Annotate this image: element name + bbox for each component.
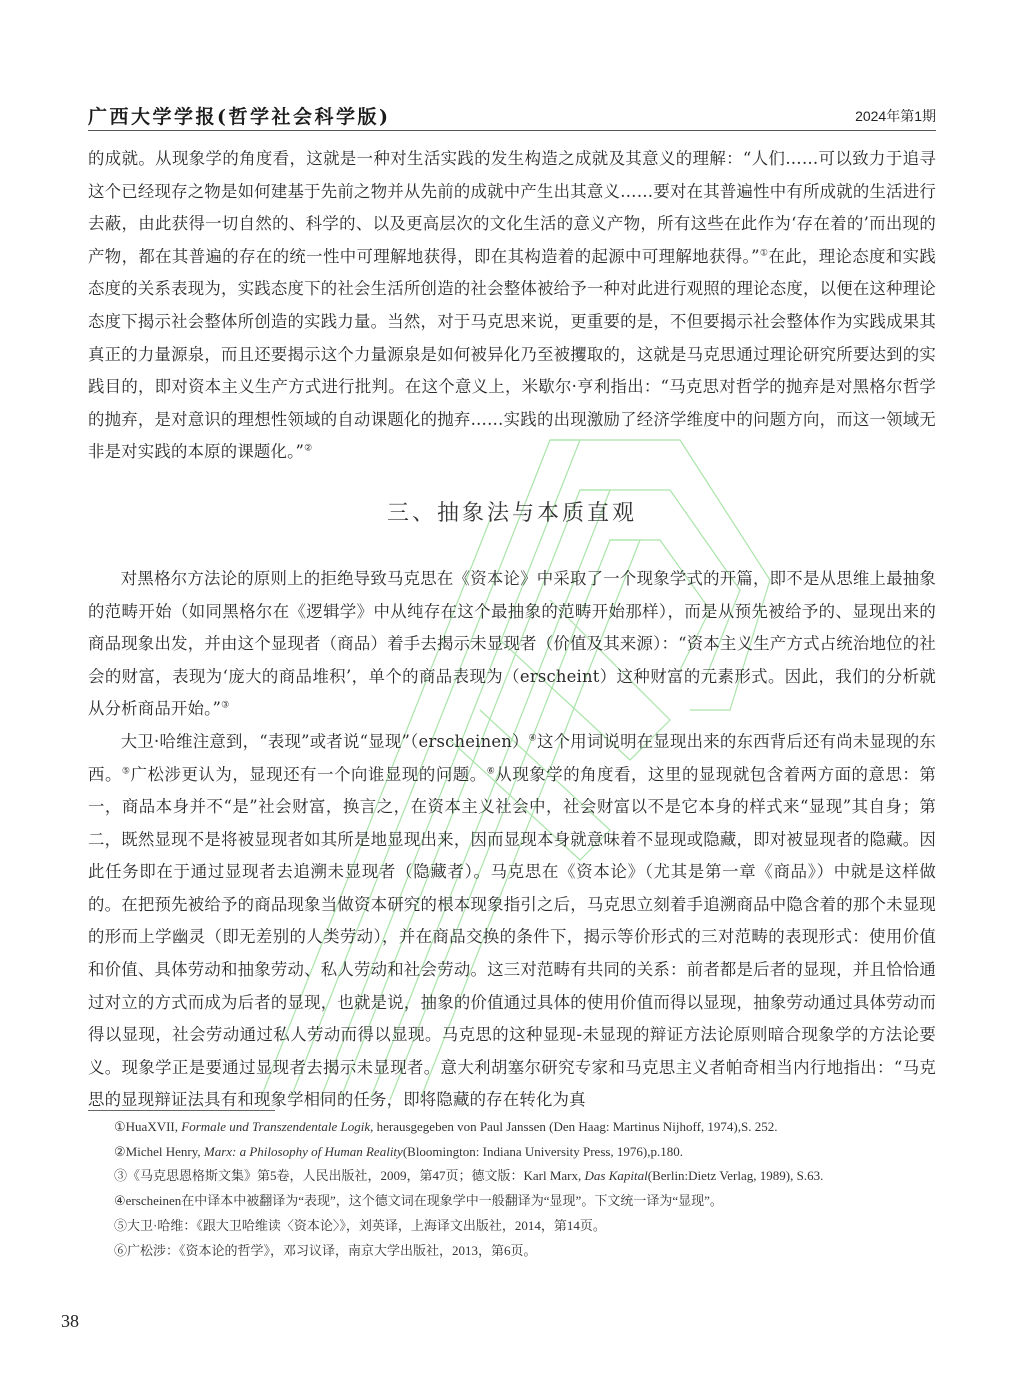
article-body: 的成就。从现象学的角度看，这就是一种对生活实践的发生构造之成就及其意义的理解：“… [88, 143, 936, 1117]
footnote-item: ⑥广松涉：《资本论的哲学》，邓习议译，南京大学出版社，2013，第6页。 [88, 1239, 936, 1264]
footnote-item: ③《马克思恩格斯文集》第5卷，人民出版社，2009，第47页；德文版：Karl … [88, 1164, 936, 1189]
footnotes: ①HuaXVII, Formale und Transzendentale Lo… [88, 1115, 936, 1263]
footnote-marker[interactable]: ⑤ [122, 766, 131, 776]
paragraphs-before-heading: 的成就。从现象学的角度看，这就是一种对生活实践的发生构造之成就及其意义的理解：“… [88, 143, 936, 469]
text-run: ⑥广松涉：《资本论的哲学》，邓习议译，南京大学出版社，2013，第6页。 [114, 1243, 537, 1258]
text-run: 广松涉更认为，显现还有一个向谁显现的问题。 [131, 765, 487, 784]
text-run: ④erscheinen在中译本中被翻译为“表现”，这个德文词在现象学中一般翻译为… [114, 1193, 723, 1208]
italic-title: Formale und Transzendentale Logik [181, 1119, 370, 1134]
body-paragraph: 大卫·哈维注意到，“表现”或者说“显现”（erscheinen）④这个用词说明在… [88, 726, 936, 1117]
paragraphs-after-heading: 对黑格尔方法论的原则上的拒绝导致马克思在《资本论》中采取了一个现象学式的开篇，即… [88, 563, 936, 1117]
page-number: 38 [61, 1311, 79, 1332]
footnote-marker[interactable]: ③ [221, 701, 229, 711]
body-paragraph: 的成就。从现象学的角度看，这就是一种对生活实践的发生构造之成就及其意义的理解：“… [88, 143, 936, 469]
issue-label: 2024年第1期 [855, 106, 936, 126]
footnote-item: ②Michel Henry, Marx: a Philosophy of Hum… [88, 1140, 936, 1165]
text-run: ③《马克思恩格斯文集》第5卷，人民出版社，2009，第47页；德文版：Karl … [114, 1168, 585, 1183]
italic-title: Das Kapital [585, 1168, 648, 1183]
text-run: , herausgegeben von Paul Janssen (Den Ha… [370, 1119, 777, 1134]
text-run: ⑤大卫·哈维：《跟大卫哈维读〈资本论〉》，刘英译，上海译文出版社，2014，第1… [114, 1218, 606, 1233]
text-run: ①HuaXVII, [114, 1119, 181, 1134]
footnote-marker[interactable]: ④ [529, 733, 537, 743]
journal-title: 广西大学学报(哲学社会科学版) [88, 102, 390, 129]
text-run: 从现象学的角度看，这里的显现就包含着两方面的意思：第一，商品本身并不“是”社会财… [88, 765, 936, 1110]
body-paragraph: 对黑格尔方法论的原则上的拒绝导致马克思在《资本论》中采取了一个现象学式的开篇，即… [88, 563, 936, 726]
text-run: 在此，理论态度和实践态度的关系表现为，实践态度下的社会生活所创造的社会整体被给予… [88, 247, 936, 462]
running-header: 广西大学学报(哲学社会科学版) 2024年第1期 [88, 100, 936, 131]
text-run: (Bloomington: Indiana University Press, … [403, 1144, 683, 1159]
footnote-item: ①HuaXVII, Formale und Transzendentale Lo… [88, 1115, 936, 1140]
footnote-item: ⑤大卫·哈维：《跟大卫哈维读〈资本论〉》，刘英译，上海译文出版社，2014，第1… [88, 1214, 936, 1239]
text-run: 大卫·哈维注意到，“表现”或者说“显现”（erscheinen） [121, 732, 529, 751]
section-heading: 三、抽象法与本质直观 [88, 499, 936, 529]
footnote-item: ④erscheinen在中译本中被翻译为“表现”，这个德文词在现象学中一般翻译为… [88, 1189, 936, 1214]
italic-title: Marx: a Philosophy of Human Reality [204, 1144, 403, 1159]
text-run: 对黑格尔方法论的原则上的拒绝导致马克思在《资本论》中采取了一个现象学式的开篇，即… [88, 569, 936, 718]
text-run: (Berlin:Dietz Verlag, 1989), S.63. [648, 1168, 824, 1183]
text-run: ②Michel Henry, [114, 1144, 204, 1159]
footnote-marker[interactable]: ② [304, 444, 312, 454]
